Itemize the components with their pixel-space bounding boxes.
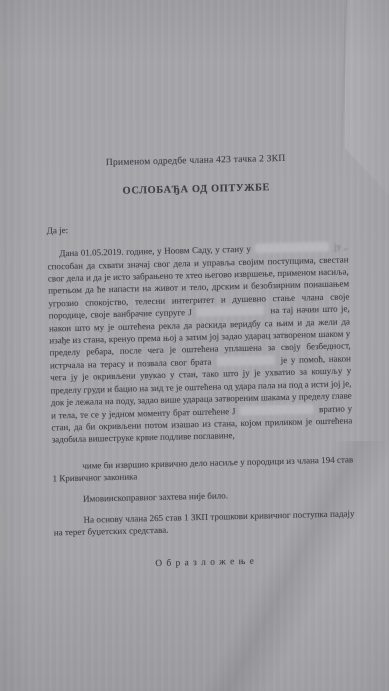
redacted-victim-name-2 <box>241 405 313 415</box>
applied-provision-line: Применом одредбе члана 423 тачка 2 ЗКП <box>45 151 346 170</box>
redacted-brother-name <box>218 356 274 365</box>
paper-edge-highlight <box>345 0 389 195</box>
criminal-qualification-paragraph: чиме би извршио кривично дело насиље у п… <box>52 453 354 485</box>
facts-paragraph: Дана 01.05.2019. године, у Ноовм Саду, у… <box>47 241 353 447</box>
redacted-victim-name <box>198 307 264 317</box>
redacted-address <box>256 243 328 253</box>
lead-in-line: Да је: <box>47 217 348 236</box>
costs-paragraph: На основу члана 265 став 1 ЗКП трошкови … <box>53 507 355 539</box>
verdict-title: ОСЛОБАЂА ОД ОПТУЖБЕ <box>46 181 347 200</box>
property-claim-paragraph: Имовинскоправног захтева није било. <box>53 486 354 505</box>
redaction-remnant: ју ,. <box>334 242 348 252</box>
photographed-court-document: Применом одредбе члана 423 тачка 2 ЗКП О… <box>0 0 389 691</box>
court-decision-text: Применом одредбе члана 423 тачка 2 ЗКП О… <box>45 151 356 572</box>
